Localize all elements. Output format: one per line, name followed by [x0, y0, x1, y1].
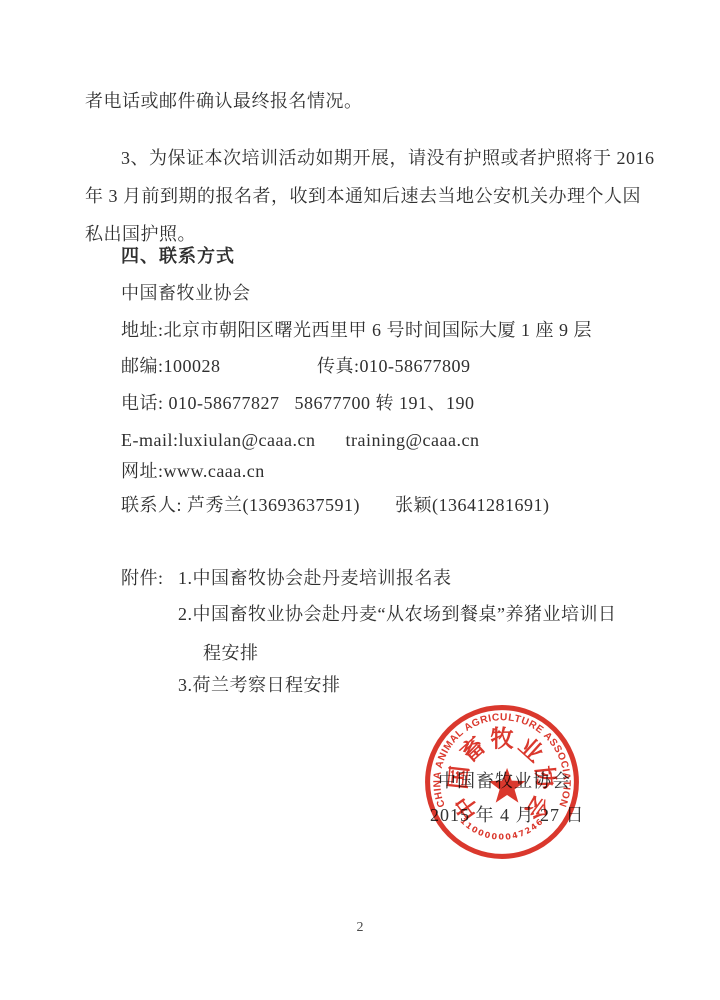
email-line: E-mail:luxiulan@caaa.cn training@caaa.cn [121, 429, 480, 451]
paragraph-3-line-1: 3、为保证本次培训活动如期开展，请没有护照或者护照将于 2016 [121, 147, 655, 169]
organization-name: 中国畜牧业协会 [121, 282, 251, 304]
attachment-item-2: 2.中国畜牧业协会赴丹麦“从农场到餐桌”养猪业培训日 [178, 603, 616, 625]
seal-chinese-char: 中 [450, 790, 485, 824]
seal-chinese-char: 会 [519, 790, 555, 825]
paragraph-3-line-3: 私出国护照。 [85, 223, 196, 245]
seal-star-icon [489, 768, 526, 803]
attachment-item-1: 1.中国畜牧协会赴丹麦培训报名表 [178, 567, 452, 589]
document-page: 者电话或邮件确认最终报名情况。 3、为保证本次培训活动如期开展，请没有护照或者护… [0, 0, 720, 1000]
page-number: 2 [0, 920, 720, 936]
seal-chinese-char: 国 [446, 765, 474, 791]
section-heading-contact: 四、联系方式 [121, 245, 235, 267]
seal-chinese-text: 中国畜牧业协会 [446, 725, 559, 825]
attachment-item-3: 3.荷兰考察日程安排 [178, 674, 341, 696]
postcode-line: 邮编:100028 [121, 355, 221, 377]
seal-chinese-char: 牧 [490, 725, 513, 752]
official-seal: CHINA ANIMAL AGRICULTURE ASSOCIATION 110… [421, 701, 583, 863]
paragraph-3-line-2: 年 3 月前到期的报名者，收到本通知后速去当地公安机关办理个人因 [85, 185, 641, 207]
paragraph-continuation: 者电话或邮件确认最终报名情况。 [85, 90, 363, 112]
attachment-item-2-continuation: 程安排 [203, 642, 259, 664]
phone-line: 电话: 010-58677827 58677700 转 191、190 [121, 392, 475, 414]
address-line: 地址:北京市朝阳区曙光西里甲 6 号时间国际大厦 1 座 9 层 [121, 319, 592, 341]
contact-persons-line: 联系人: 芦秀兰(13693637591) 张颖(13641281691) [121, 494, 549, 516]
fax-line: 传真:010-58677809 [317, 355, 471, 377]
website-line: 网址:www.caaa.cn [121, 460, 265, 482]
seal-chinese-char: 协 [530, 765, 558, 792]
official-seal-graphic: CHINA ANIMAL AGRICULTURE ASSOCIATION 110… [421, 701, 583, 863]
attachments-label: 附件: [121, 567, 164, 589]
